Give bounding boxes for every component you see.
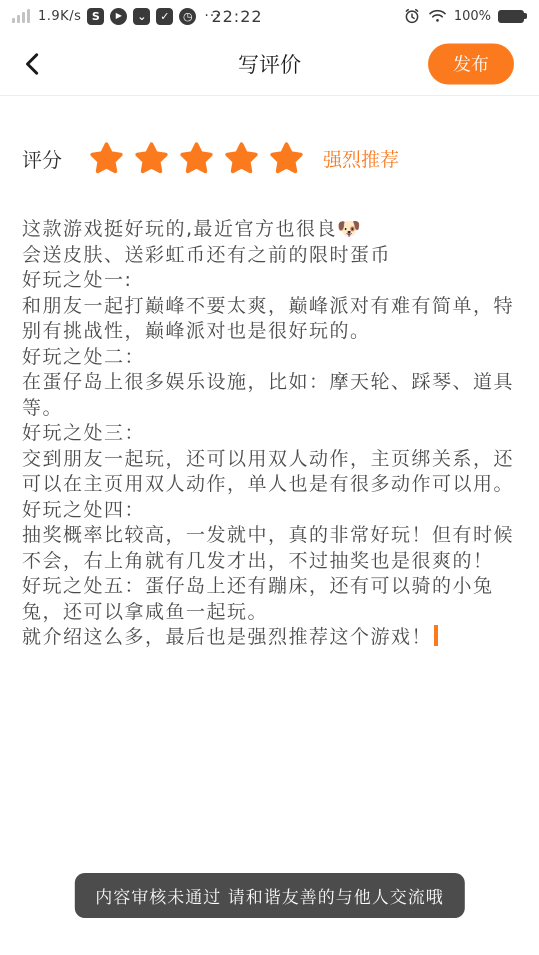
chevron-left-icon — [22, 51, 44, 77]
check-app-icon: ✓ — [156, 8, 173, 25]
battery-icon — [498, 10, 524, 23]
signal-strength-icon — [12, 9, 30, 23]
review-input[interactable]: 这款游戏挺好玩的,最近官方也很良🐶 会送皮肤、送彩虹币还有之前的限时蛋币 好玩之… — [22, 217, 517, 687]
publish-button[interactable]: 发布 — [428, 43, 514, 84]
review-text: 这款游戏挺好玩的,最近官方也很良🐶 会送皮肤、送彩虹币还有之前的限时蛋币 好玩之… — [22, 218, 514, 648]
play-app-icon: ▶ — [110, 8, 127, 25]
rating-row: 评分 强烈推荐 — [22, 140, 539, 177]
rating-value-text: 强烈推荐 — [323, 145, 399, 172]
clock-app-icon: ◷ — [179, 8, 196, 25]
header: 写评价 发布 — [0, 32, 539, 96]
status-time: 22:22 — [211, 7, 262, 26]
toast-message: 内容审核未通过 请和谐友善的与他人交流哦 — [74, 873, 464, 918]
star-rating[interactable] — [88, 140, 305, 177]
star-icon[interactable] — [133, 140, 170, 177]
star-icon[interactable] — [178, 140, 215, 177]
s-app-icon: S — [87, 8, 104, 25]
back-button[interactable] — [22, 51, 44, 77]
rating-label: 评分 — [22, 144, 62, 173]
alarm-icon — [403, 7, 421, 25]
wifi-icon — [428, 8, 447, 24]
chat-app-icon: ⌄ — [133, 8, 150, 25]
star-icon[interactable] — [223, 140, 260, 177]
status-bar: 1.9K/s S ▶ ⌄ ✓ ◷ ··· 22:22 100% — [0, 0, 539, 32]
text-cursor — [434, 625, 438, 646]
network-speed: 1.9K/s — [38, 9, 81, 24]
page-title: 写评价 — [238, 49, 301, 79]
star-icon[interactable] — [88, 140, 125, 177]
battery-percent: 100% — [454, 9, 491, 24]
star-icon[interactable] — [268, 140, 305, 177]
